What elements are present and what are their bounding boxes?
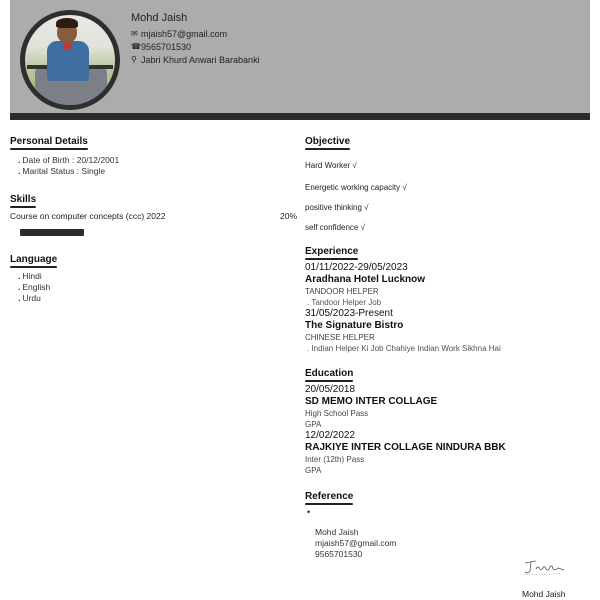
skill-level-fill xyxy=(20,229,84,236)
objective-item: Energetic working capacity √ xyxy=(305,183,590,203)
reference-bullet: • xyxy=(305,507,590,517)
experience-dates: 01/11/2022-29/05/2023 xyxy=(305,262,590,274)
objective-item: Hard Worker √ xyxy=(305,161,590,183)
skill-level-bar xyxy=(20,229,120,236)
envelope-icon: ✉ xyxy=(131,29,141,38)
experience-bullet: . Tandoor Helper Job xyxy=(305,297,590,308)
experience-org: The Signature Bistro xyxy=(305,320,590,332)
list-item: .Marital Status : Single xyxy=(10,166,297,177)
experience-heading: Experience xyxy=(305,246,358,258)
language-heading: Language xyxy=(10,254,57,266)
experience-role: TANDOOR HELPER xyxy=(305,286,590,297)
education-gpa: GPA xyxy=(305,419,590,430)
skills-heading: Skills xyxy=(10,194,36,206)
objective-heading: Objective xyxy=(305,136,350,148)
reference-entry: Mohd Jaish mjaish57@gmail.com 9565701530 xyxy=(305,527,590,560)
skill-percent: 20% xyxy=(280,211,297,221)
experience-bullet: . Indian Helper Ki Job Chahiye Indian Wo… xyxy=(305,343,590,354)
experience-entry: 01/11/2022-29/05/2023 Aradhana Hotel Luc… xyxy=(305,262,590,308)
phone-text: 9565701530 xyxy=(141,42,191,52)
contact-phone[interactable]: ☎ 9565701530 xyxy=(131,40,260,53)
experience-org: Aradhana Hotel Lucknow xyxy=(305,274,590,286)
list-item: .Hindi xyxy=(10,271,297,282)
objective-item: self confidence √ xyxy=(305,223,590,239)
education-school: SD MEMO INTER COLLAGE xyxy=(305,396,590,408)
address-text: Jabri Khurd Anwari Barabanki xyxy=(141,55,260,65)
education-degree: Inter (12th) Pass xyxy=(305,454,590,465)
person-hair-shape xyxy=(56,18,78,28)
left-column: Personal Details .Date of Birth : 20/12/… xyxy=(10,131,297,304)
education-entry: 20/05/2018 SD MEMO INTER COLLAGE High Sc… xyxy=(305,384,590,430)
experience-dates: 31/05/2023-Present xyxy=(305,308,590,320)
contact-address: ⚲ Jabri Khurd Anwari Barabanki xyxy=(131,53,260,66)
list-item: .Urdu xyxy=(10,293,297,304)
email-text: mjaish57@gmail.com xyxy=(141,29,227,39)
reference-heading: Reference xyxy=(305,491,353,503)
profile-name: Mohd Jaish xyxy=(131,12,260,24)
signature-icon xyxy=(522,557,567,577)
profile-photo xyxy=(20,10,120,110)
education-degree: High School Pass xyxy=(305,408,590,419)
experience-role: CHINESE HELPER xyxy=(305,332,590,343)
experience-entry: 31/05/2023-Present The Signature Bistro … xyxy=(305,308,590,354)
reference-name: Mohd Jaish xyxy=(305,527,590,538)
phone-icon: ☎ xyxy=(131,42,141,51)
objective-item: positive thinking √ xyxy=(305,203,590,223)
header-divider-bar xyxy=(10,113,590,120)
map-pin-icon: ⚲ xyxy=(131,55,141,64)
education-date: 12/02/2022 xyxy=(305,430,590,442)
education-entry: 12/02/2022 RAJKIYE INTER COLLAGE NINDURA… xyxy=(305,430,590,476)
contact-block: Mohd Jaish ✉ mjaish57@gmail.com ☎ 956570… xyxy=(131,12,260,66)
contact-email[interactable]: ✉ mjaish57@gmail.com xyxy=(131,27,260,40)
skill-name: Course on computer concepts (ccc) 2022 xyxy=(10,211,165,221)
signature-name: Mohd Jaish xyxy=(522,589,565,599)
reference-email[interactable]: mjaish57@gmail.com xyxy=(305,538,590,549)
list-item: .Date of Birth : 20/12/2001 xyxy=(10,155,297,166)
skill-row: Course on computer concepts (ccc) 2022 2… xyxy=(10,211,297,221)
education-gpa: GPA xyxy=(305,465,590,476)
list-item: .English xyxy=(10,282,297,293)
right-column: Objective Hard Worker √ Energetic workin… xyxy=(305,131,590,560)
personal-details-heading: Personal Details xyxy=(10,136,88,148)
education-date: 20/05/2018 xyxy=(305,384,590,396)
education-school: RAJKIYE INTER COLLAGE NINDURA BBK xyxy=(305,442,590,454)
education-heading: Education xyxy=(305,368,353,380)
